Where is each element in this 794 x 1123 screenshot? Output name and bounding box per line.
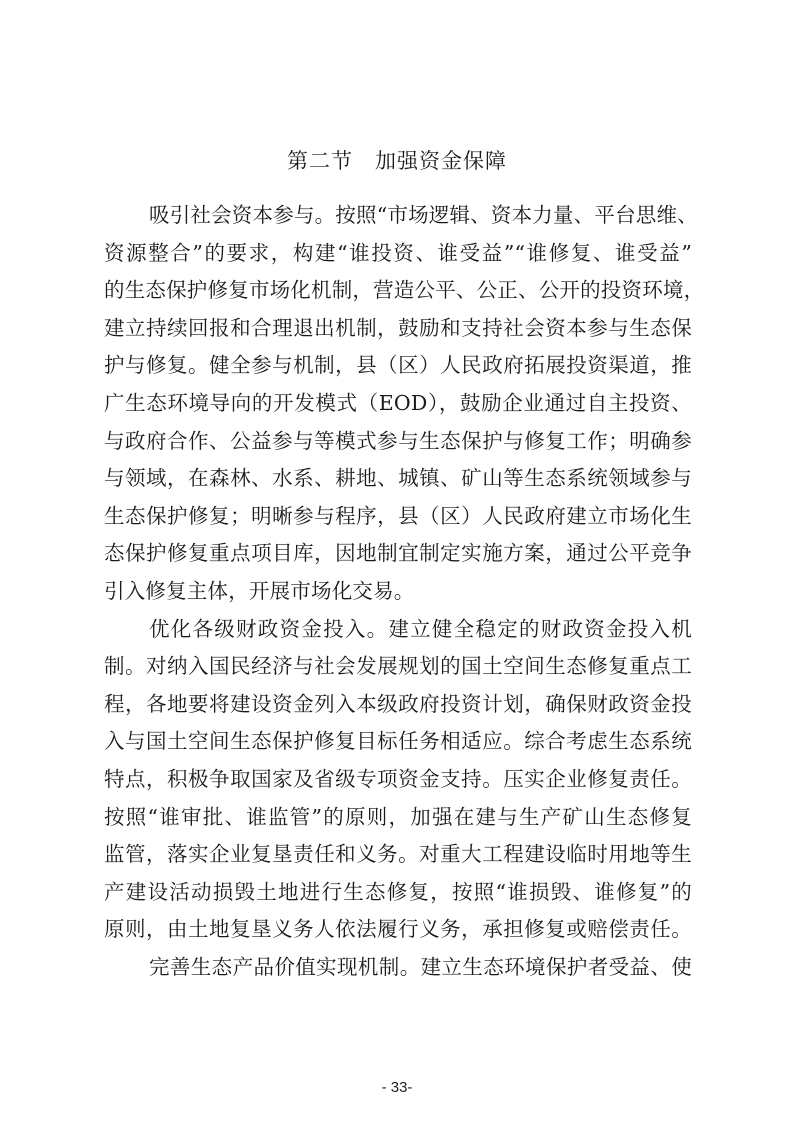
document-page: 第二节 加强资金保障 吸引社会资本参与。按照“市场逻辑、资本力量、平台思维、 资…	[0, 0, 794, 1123]
text-line: 监管，落实企业复垦责任和义务。对重大工程建设临时用地等生	[104, 836, 692, 874]
text-line: 资源整合”的要求，构建“谁投资、谁受益”“谁修复、谁受益”	[104, 235, 692, 273]
text-line: 特点，积极争取国家及省级专项资金支持。压实企业修复责任。	[104, 761, 692, 799]
text-line: 程，各地要将建设资金列入本级政府投资计划，确保财政资金投	[104, 686, 692, 724]
text-line: 护与修复。健全参与机制，县（区）人民政府拓展投资渠道，推	[104, 347, 692, 385]
text-line: 与领域，在森林、水系、耕地、城镇、矿山等生态系统领域参与	[104, 460, 692, 498]
text-line: 与政府合作、公益参与等模式参与生态保护与修复工作；明确参	[104, 423, 692, 461]
text-line: 生态保护修复；明晰参与程序，县（区）人民政府建立市场化生	[104, 498, 692, 536]
section-title: 第二节 加强资金保障	[0, 146, 794, 176]
text-line: 按照“谁审批、谁监管”的原则，加强在建与生产矿山生态修复	[104, 799, 692, 837]
body-text: 吸引社会资本参与。按照“市场逻辑、资本力量、平台思维、 资源整合”的要求，构建“…	[104, 197, 692, 986]
text-line: 入与国土空间生态保护修复目标任务相适应。综合考虑生态系统	[104, 723, 692, 761]
text-line: 原则，由土地复垦义务人依法履行义务，承担修复或赔偿责任。	[104, 911, 692, 949]
text-line: 引入修复主体，开展市场化交易。	[104, 573, 692, 611]
text-line: 广生态环境导向的开发模式（EOD），鼓励企业通过自主投资、	[104, 385, 692, 423]
text-line: 吸引社会资本参与。按照“市场逻辑、资本力量、平台思维、	[104, 197, 692, 235]
text-line: 态保护修复重点项目库，因地制宜制定实施方案，通过公平竞争	[104, 535, 692, 573]
text-line: 完善生态产品价值实现机制。建立生态环境保护者受益、使	[104, 949, 692, 987]
text-line: 建立持续回报和合理退出机制，鼓励和支持社会资本参与生态保	[104, 310, 692, 348]
page-number: - 33-	[0, 1078, 794, 1098]
text-line: 制。对纳入国民经济与社会发展规划的国土空间生态修复重点工	[104, 648, 692, 686]
paragraph-social-capital: 吸引社会资本参与。按照“市场逻辑、资本力量、平台思维、 资源整合”的要求，构建“…	[104, 197, 692, 611]
paragraph-ecological-value: 完善生态产品价值实现机制。建立生态环境保护者受益、使	[104, 949, 692, 987]
text-line: 的生态保护修复市场化机制，营造公平、公正、公开的投资环境，	[104, 272, 692, 310]
paragraph-fiscal-funding: 优化各级财政资金投入。建立健全稳定的财政资金投入机 制。对纳入国民经济与社会发展…	[104, 611, 692, 949]
text-line: 优化各级财政资金投入。建立健全稳定的财政资金投入机	[104, 611, 692, 649]
text-line: 产建设活动损毁土地进行生态修复，按照“谁损毁、谁修复”的	[104, 874, 692, 912]
